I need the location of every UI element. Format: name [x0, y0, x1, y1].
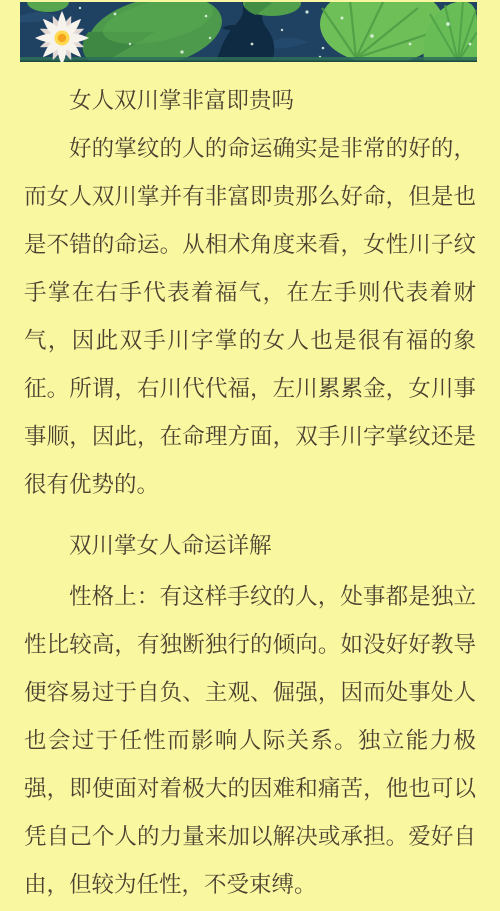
article-content: 女人双川掌非富即贵吗 好的掌纹的人的命运确实是非常的好的，而女人双川掌并有非富即…	[24, 0, 476, 909]
intro-paragraph: 好的掌纹的人的命运确实是非常的好的，而女人双川掌并有非富即贵那么好命，但是也是不…	[24, 125, 476, 509]
article-title: 女人双川掌非富即贵吗	[24, 77, 476, 125]
section-heading: 双川掌女人命运详解	[24, 522, 476, 570]
article-page: 女人双川掌非富即贵吗 好的掌纹的人的命运确实是非常的好的，而女人双川掌并有非富即…	[0, 0, 500, 911]
detail-paragraph: 性格上：有这样手纹的人，处事都是独立性比较高，有独断独行的倾向。如没好好教导便容…	[24, 573, 476, 909]
